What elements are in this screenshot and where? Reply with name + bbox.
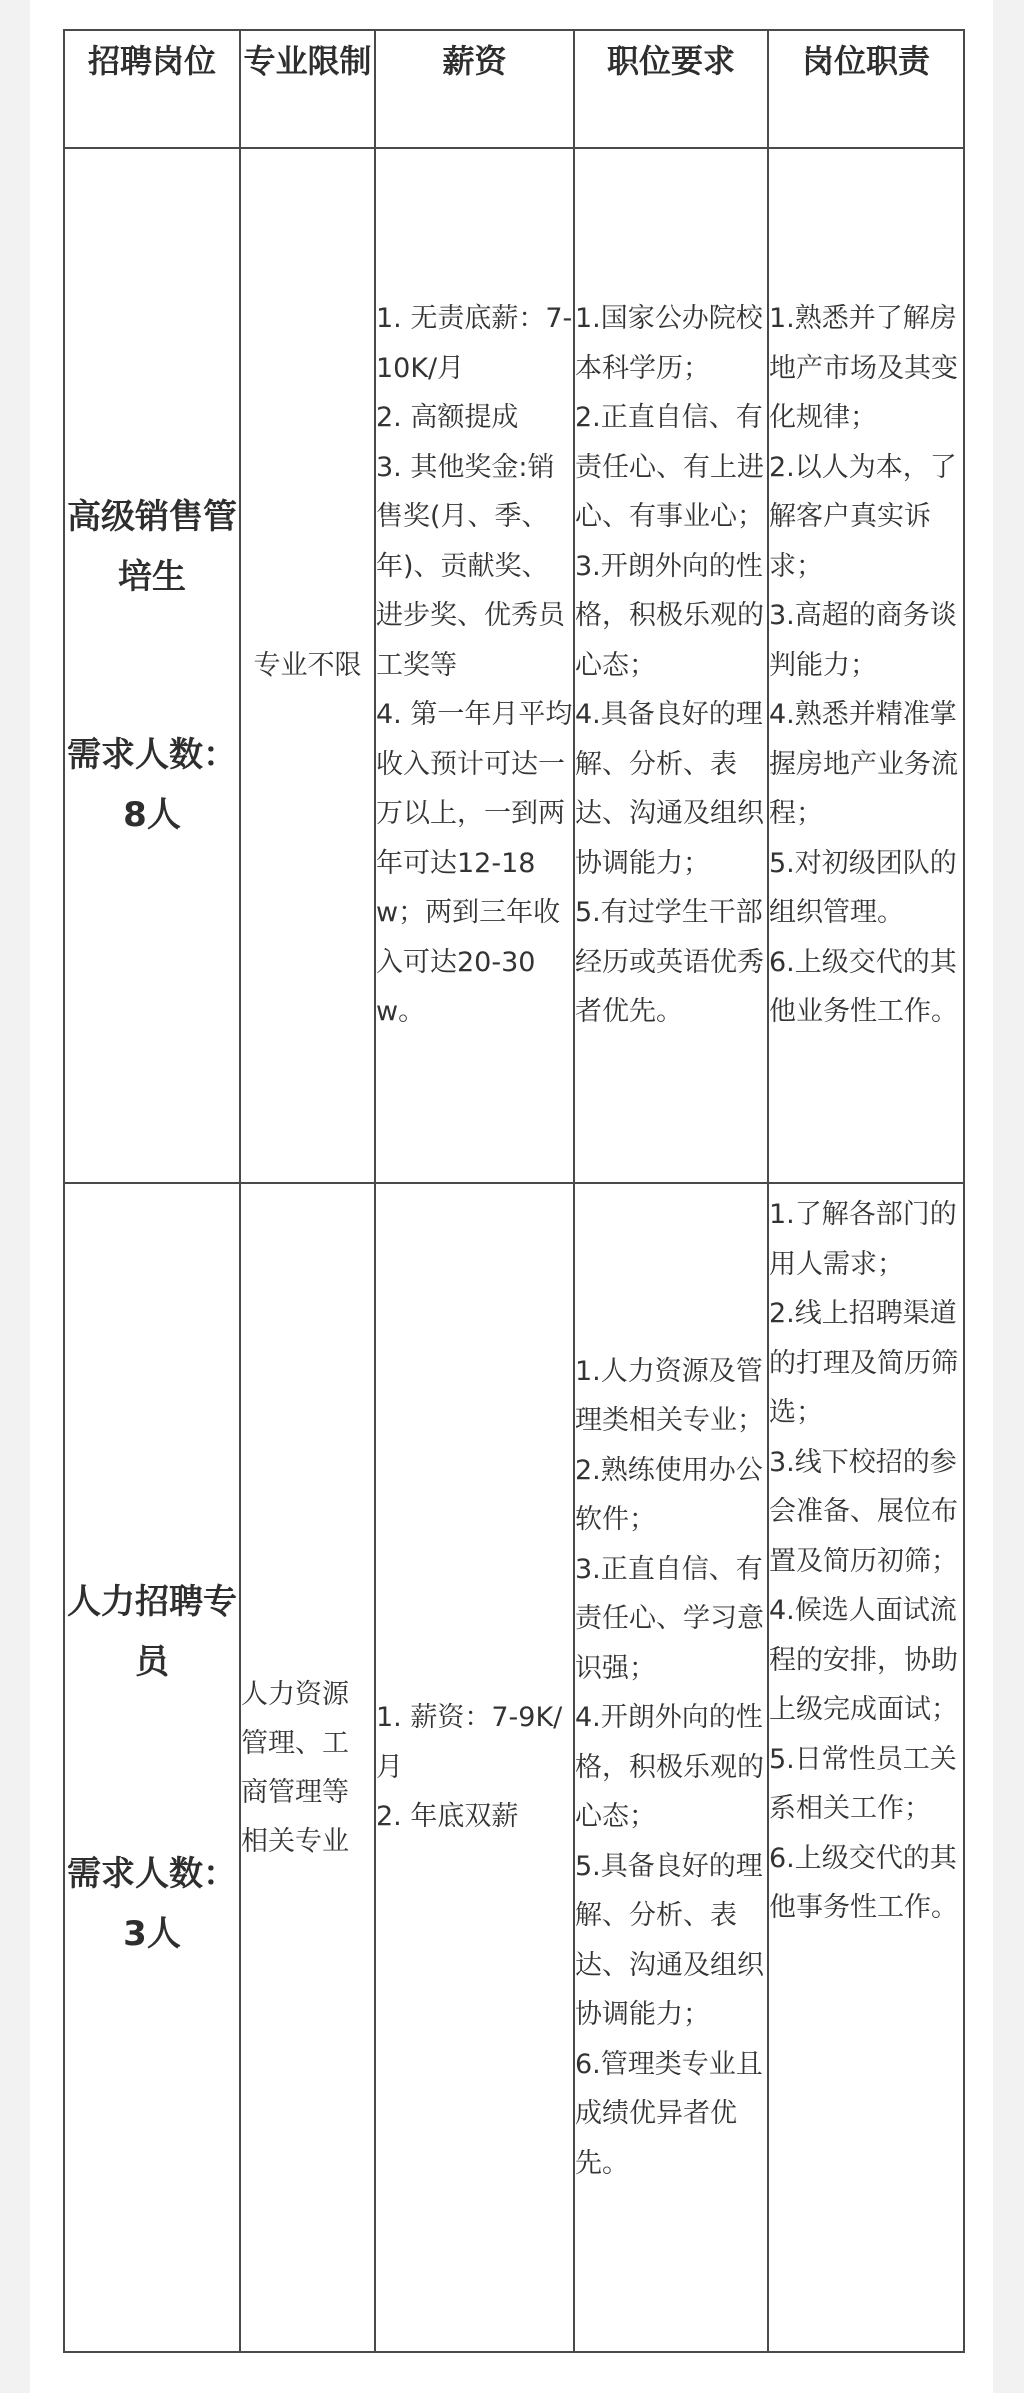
salary-item: 2. 年底双薪 bbox=[376, 1792, 573, 1842]
requirement-item: 2.熟练使用办公软件； bbox=[575, 1446, 767, 1545]
position-cell: 高级销售管培生 需求人数：8人 bbox=[64, 148, 240, 1183]
position-title: 人力招聘专员 bbox=[65, 1572, 239, 1692]
header-major: 专业限制 bbox=[240, 30, 375, 148]
salary-item: 2. 高额提成 bbox=[376, 393, 573, 443]
headcount: 需求人数：8人 bbox=[65, 725, 239, 845]
requirement-item: 3.开朗外向的性格，积极乐观的心态； bbox=[575, 542, 767, 691]
duties-cell: 1.熟悉并了解房地产市场及其变化规律； 2.以人为本，了解客户真实诉求； 3.高… bbox=[768, 148, 964, 1183]
salary-item: 1. 薪资：7-9K/月 bbox=[376, 1693, 573, 1792]
duty-item: 6.上级交代的其他业务性工作。 bbox=[769, 938, 963, 1037]
table-row: 人力招聘专员 需求人数：3人 人力资源管理、工商管理等相关专业 1. 薪资：7-… bbox=[64, 1183, 964, 2352]
duty-item: 3.线下校招的参会准备、展位布置及简历初筛； bbox=[769, 1438, 963, 1587]
table-row: 高级销售管培生 需求人数：8人 专业不限 1. 无责底薪：7-10K/月 2. … bbox=[64, 148, 964, 1183]
salary-cell: 1. 薪资：7-9K/月 2. 年底双薪 bbox=[375, 1183, 574, 2352]
header-requirements: 职位要求 bbox=[574, 30, 768, 148]
requirement-item: 2.正直自信、有责任心、有上进心、有事业心； bbox=[575, 393, 767, 542]
requirement-item: 4.开朗外向的性格，积极乐观的心态； bbox=[575, 1693, 767, 1842]
requirement-item: 1.人力资源及管理类相关专业； bbox=[575, 1347, 767, 1446]
requirement-item: 4.具备良好的理解、分析、表达、沟通及组织协调能力； bbox=[575, 690, 767, 888]
headcount: 需求人数：3人 bbox=[65, 1844, 239, 1964]
requirements-cell: 1.人力资源及管理类相关专业； 2.熟练使用办公软件； 3.正直自信、有责任心、… bbox=[574, 1183, 768, 2352]
salary-item: 3. 其他奖金:销售奖(月、季、年)、贡献奖、进步奖、优秀员工奖等 bbox=[376, 443, 573, 691]
salary-item: 1. 无责底薪：7-10K/月 bbox=[376, 294, 573, 393]
requirement-item: 3.正直自信、有责任心、学习意识强； bbox=[575, 1545, 767, 1694]
recruitment-table: 招聘岗位 专业限制 薪资 职位要求 岗位职责 高级销售管培生 需求人数：8人 专… bbox=[63, 29, 965, 2353]
requirement-item: 5.有过学生干部经历或英语优秀者优先。 bbox=[575, 888, 767, 1037]
requirement-item: 1.国家公办院校本科学历； bbox=[575, 294, 767, 393]
position-cell: 人力招聘专员 需求人数：3人 bbox=[64, 1183, 240, 2352]
duty-item: 4.熟悉并精准掌握房地产业务流程； bbox=[769, 690, 963, 839]
duty-item: 4.候选人面试流程的安排，协助上级完成面试； bbox=[769, 1586, 963, 1735]
table-header-row: 招聘岗位 专业限制 薪资 职位要求 岗位职责 bbox=[64, 30, 964, 148]
duty-item: 6.上级交代的其他事务性工作。 bbox=[769, 1834, 963, 1933]
duty-item: 2.线上招聘渠道的打理及简历筛选； bbox=[769, 1289, 963, 1438]
header-position: 招聘岗位 bbox=[64, 30, 240, 148]
header-salary: 薪资 bbox=[375, 30, 574, 148]
requirement-item: 5.具备良好的理解、分析、表达、沟通及组织协调能力； bbox=[575, 1842, 767, 2040]
duty-item: 5.日常性员工关系相关工作； bbox=[769, 1735, 963, 1834]
position-title: 高级销售管培生 bbox=[65, 487, 239, 607]
duty-item: 5.对初级团队的组织管理。 bbox=[769, 839, 963, 938]
salary-cell: 1. 无责底薪：7-10K/月 2. 高额提成 3. 其他奖金:销售奖(月、季、… bbox=[375, 148, 574, 1183]
salary-item: 4. 第一年月平均收入预计可达一万以上，一到两年可达12-18w；两到三年收入可… bbox=[376, 690, 573, 1037]
requirement-item: 6.管理类专业且成绩优异者优先。 bbox=[575, 2040, 767, 2189]
major-cell: 专业不限 bbox=[240, 148, 375, 1183]
document-page: 招聘岗位 专业限制 薪资 职位要求 岗位职责 高级销售管培生 需求人数：8人 专… bbox=[30, 0, 993, 2393]
duty-item: 1.了解各部门的用人需求； bbox=[769, 1190, 963, 1289]
major-cell: 人力资源管理、工商管理等相关专业 bbox=[240, 1183, 375, 2352]
duty-item: 1.熟悉并了解房地产市场及其变化规律； bbox=[769, 294, 963, 443]
duty-item: 2.以人为本，了解客户真实诉求； bbox=[769, 443, 963, 592]
duties-cell: 1.了解各部门的用人需求； 2.线上招聘渠道的打理及简历筛选； 3.线下校招的参… bbox=[768, 1183, 964, 2352]
duty-item: 3.高超的商务谈判能力； bbox=[769, 591, 963, 690]
requirements-cell: 1.国家公办院校本科学历； 2.正直自信、有责任心、有上进心、有事业心； 3.开… bbox=[574, 148, 768, 1183]
header-duties: 岗位职责 bbox=[768, 30, 964, 148]
